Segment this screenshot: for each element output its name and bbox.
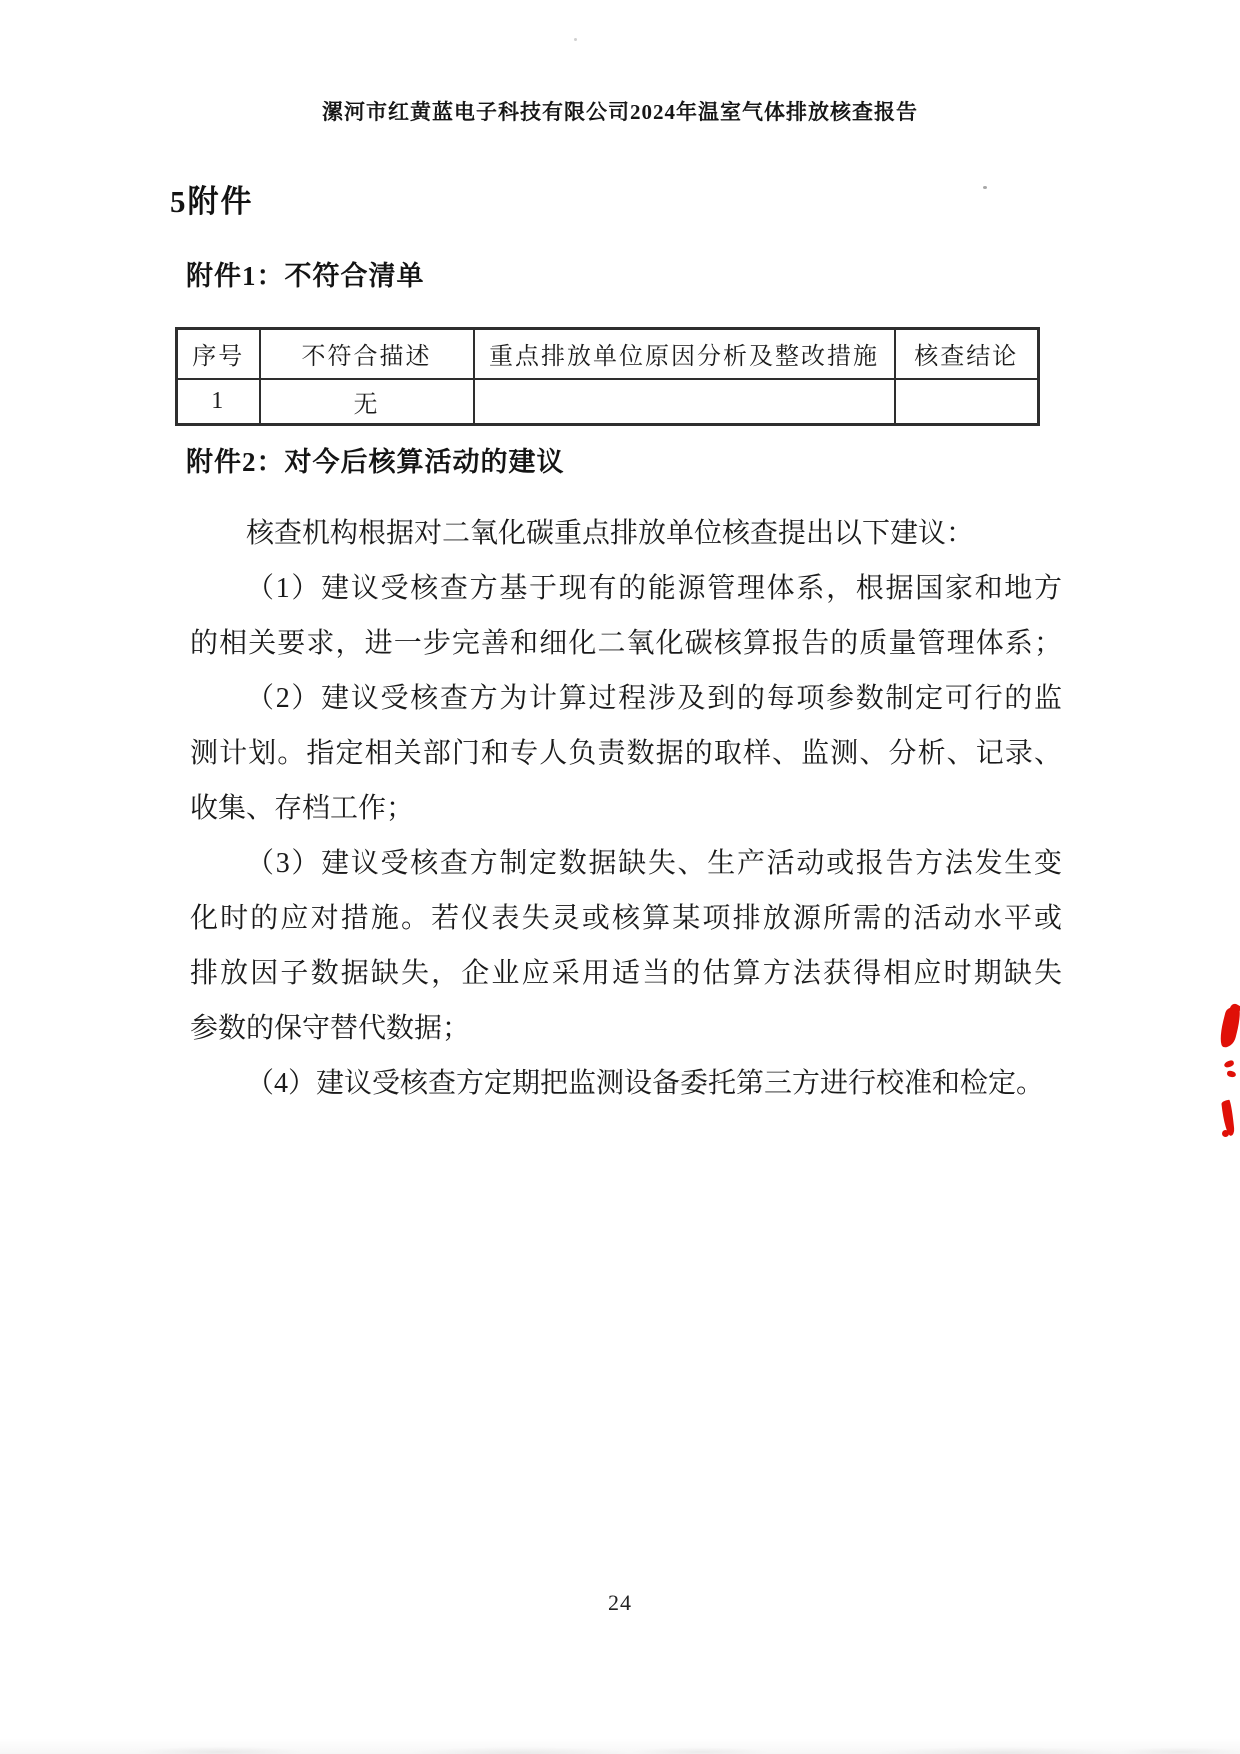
table-column-header: 核查结论 bbox=[895, 329, 1039, 379]
nonconformity-table: 序号不符合描述重点排放单位原因分析及整改措施核查结论1无 bbox=[175, 327, 1040, 426]
text-line: 的相关要求，进一步完善和细化二氧化碳核算报告的质量管理体系； bbox=[190, 616, 1062, 671]
table-cell bbox=[895, 379, 1039, 425]
page-number: 24 bbox=[0, 1590, 1240, 1616]
scan-speck bbox=[574, 38, 577, 41]
text-line: （4）建议受核查方定期把监测设备委托第三方进行校准和检定。 bbox=[190, 1056, 1062, 1111]
table-column-header: 重点排放单位原因分析及整改措施 bbox=[474, 329, 895, 379]
table-column-header: 不符合描述 bbox=[260, 329, 474, 379]
recommendations-text: 核查机构根据对二氧化碳重点排放单位核查提出以下建议：（1）建议受核查方基于现有的… bbox=[190, 506, 1062, 1111]
text-line: 核查机构根据对二氧化碳重点排放单位核查提出以下建议： bbox=[190, 506, 1062, 561]
red-ink-mark bbox=[1227, 1070, 1237, 1077]
text-line: （3）建议受核查方制定数据缺失、生产活动或报告方法发生变 bbox=[190, 836, 1062, 891]
text-line: 化时的应对措施。若仪表失灵或核算某项排放源所需的活动水平或 bbox=[190, 891, 1062, 946]
scanned-report-page: 漯河市红黄蓝电子科技有限公司2024年温室气体排放核查报告 5附件 附件1：不符… bbox=[0, 0, 1240, 1754]
scan-speck bbox=[983, 186, 987, 189]
table-header-row: 序号不符合描述重点排放单位原因分析及整改措施核查结论 bbox=[177, 329, 1039, 379]
table-cell bbox=[474, 379, 895, 425]
scan-edge-artifact bbox=[0, 1738, 1240, 1754]
text-line: 收集、存档工作； bbox=[190, 781, 1062, 836]
text-line: 测计划。指定相关部门和专人负责数据的取样、监测、分析、记录、 bbox=[190, 726, 1062, 781]
table-cell: 无 bbox=[260, 379, 474, 425]
table-column-header: 序号 bbox=[177, 329, 260, 379]
section-title: 5附件 bbox=[170, 176, 254, 221]
text-line: （1）建议受核查方基于现有的能源管理体系，根据国家和地方 bbox=[190, 561, 1062, 616]
text-line: 参数的保守替代数据； bbox=[190, 1001, 1062, 1056]
text-line: 排放因子数据缺失，企业应采用适当的估算方法获得相应时期缺失 bbox=[190, 946, 1062, 1001]
attachment1-title: 附件1：不符合清单 bbox=[186, 254, 425, 293]
table-cell: 1 bbox=[177, 379, 260, 425]
red-ink-mark bbox=[1223, 1060, 1234, 1069]
running-header: 漯河市红黄蓝电子科技有限公司2024年温室气体排放核查报告 bbox=[0, 96, 1240, 126]
attachment2-title: 附件2：对今后核算活动的建议 bbox=[186, 440, 565, 479]
red-ink-mark bbox=[1222, 1130, 1229, 1137]
text-line: （2）建议受核查方为计算过程涉及到的每项参数制定可行的监 bbox=[190, 671, 1062, 726]
nonconformity-table-body: 序号不符合描述重点排放单位原因分析及整改措施核查结论1无 bbox=[177, 329, 1039, 425]
table-row: 1无 bbox=[177, 379, 1039, 425]
